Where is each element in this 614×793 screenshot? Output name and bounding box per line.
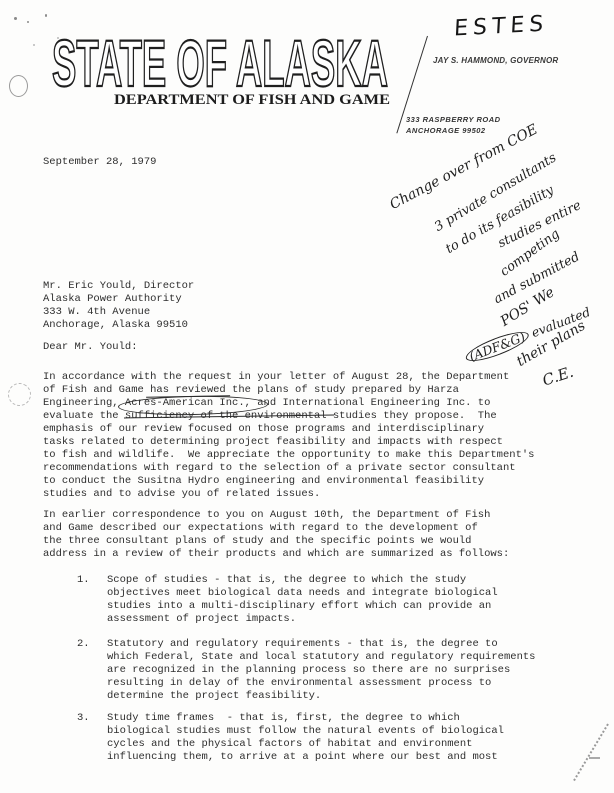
body-paragraph-2: In earlier correspondence to you on Augu… — [43, 509, 509, 561]
handwritten-name-estes: ESTES — [453, 11, 548, 41]
list-item-number: 3. — [77, 712, 90, 725]
list-item-text: Scope of studies - that is, the degree t… — [107, 574, 498, 626]
scan-smudge-circle — [4, 379, 35, 410]
recipient-line: Anchorage, Alaska 99510 — [43, 319, 188, 332]
list-item-number: 1. — [77, 574, 90, 587]
recipient-line: 333 W. 4th Avenue — [43, 306, 150, 319]
margin-note-line: Change over from COE — [387, 121, 540, 213]
recipient-line: Mr. Eric Yould, Director — [43, 280, 194, 293]
list-item-text: Study time frames - that is, first, the … — [107, 712, 504, 764]
scan-speck — [33, 44, 35, 46]
salutation: Dear Mr. Yould: — [43, 341, 138, 354]
department-title-text: DEPARTMENT OF FISH AND GAME — [114, 92, 390, 108]
list-item-number: 2. — [77, 638, 90, 651]
scan-diagonal-mark — [573, 723, 609, 781]
margin-note-initials: C.E. — [540, 363, 575, 390]
office-address-line1: 333 RASPBERRY ROAD — [406, 115, 501, 124]
scan-speck — [27, 21, 29, 23]
scan-speck — [45, 14, 47, 17]
recipient-line: Alaska Power Authority — [43, 293, 182, 306]
governor-line: JAY S. HAMMOND, GOVERNOR — [433, 56, 558, 65]
list-item-text: Statutory and regulatory requirements - … — [107, 638, 535, 703]
office-address-line2: ANCHORAGE 99502 — [406, 126, 486, 135]
letterhead-department-title: DEPARTMENT OF FISH AND GAME — [112, 90, 396, 110]
letterhead-state-title: STATE OF ALASKA — [50, 33, 398, 93]
body-paragraph-1: In accordance with the request in your l… — [43, 371, 534, 501]
scanned-letter-page: { "letterhead": { "state": "STATE OF ALA… — [0, 0, 614, 793]
scan-smudge-circle — [9, 75, 28, 97]
letter-date: September 28, 1979 — [43, 156, 156, 169]
scan-speck — [14, 17, 17, 20]
state-title-text: STATE OF ALASKA — [52, 33, 388, 93]
scan-dash-mark — [589, 757, 600, 759]
